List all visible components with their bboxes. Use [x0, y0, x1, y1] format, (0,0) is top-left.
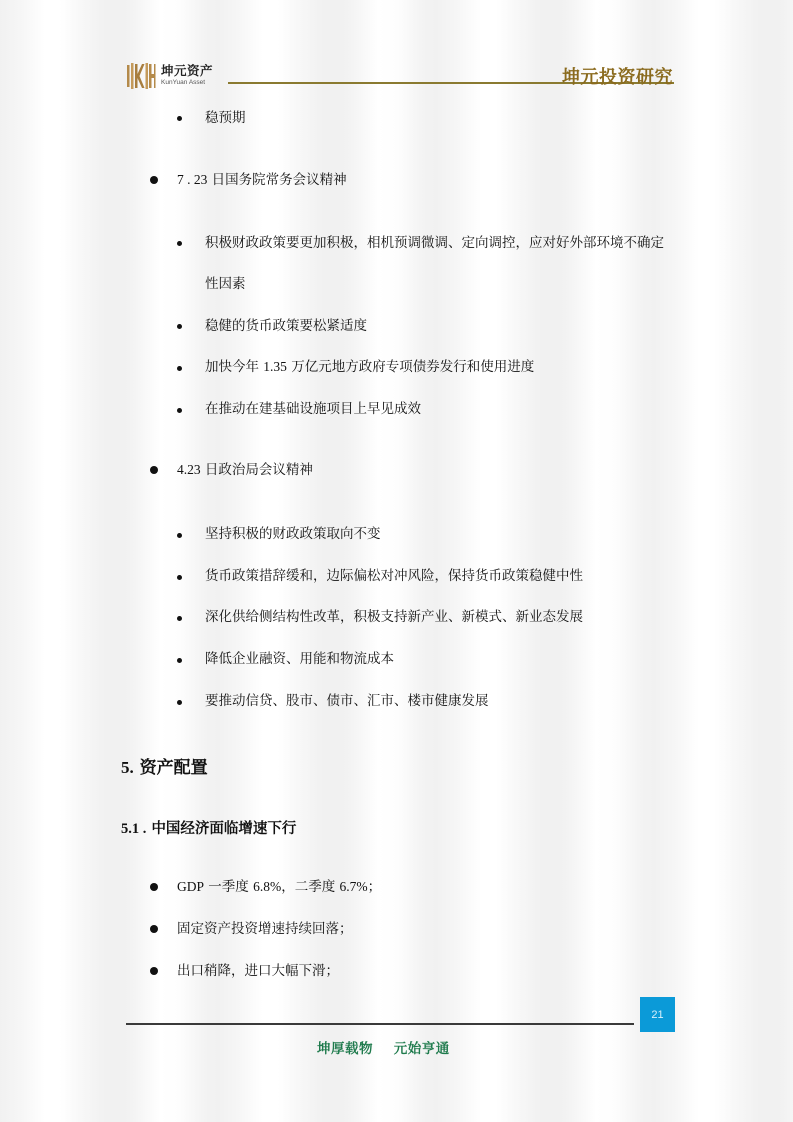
gdp-q2-value: 6.7%: [340, 879, 368, 894]
list-item: 出口稍降，进口大幅下滑；: [177, 963, 339, 979]
section-title-423: 4.23 日政治局会议精神: [177, 462, 313, 478]
bullet-icon: [177, 533, 182, 538]
logo-english-name: KunYuan Asset: [161, 78, 213, 87]
list-item: 要推动信贷、股市、债市、汇市、楼市健康发展: [205, 693, 489, 709]
list-item: 稳健的货币政策要松紧适度: [205, 318, 367, 334]
bullet-icon: [150, 925, 158, 933]
list-item-gdp: GDP 一季度 6.8%，二季度 6.7%；: [177, 879, 381, 895]
bullet-icon: [177, 700, 182, 705]
amount: 1.35: [263, 359, 287, 374]
list-item: 积极财政政策要更加积极，相机预调微调、定向调控，应对好外部环境不确定: [205, 235, 664, 251]
section-title-text: 日国务院常务会议精神: [212, 172, 347, 188]
list-item: 降低企业融资、用能和物流成本: [205, 651, 394, 667]
section-date: 4.23: [177, 462, 201, 477]
section-title-723: 7 . 23 日国务院常务会议精神: [177, 172, 347, 188]
list-item: 深化供给侧结构性改革，积极支持新产业、新模式、新业态发展: [205, 609, 583, 625]
list-item-continuation: 性因素: [205, 276, 246, 292]
bullet-icon: [177, 616, 182, 621]
bullet-icon: [150, 466, 158, 474]
kunyuan-logo-icon: [126, 61, 156, 91]
heading-number: 5.1 .: [121, 821, 146, 837]
text: 一季度: [204, 879, 253, 895]
list-item: 坚持积极的财政政策取向不变: [205, 526, 381, 542]
text: 万亿元地方政府专项债券发行和使用进度: [287, 359, 534, 375]
heading-asset-allocation: 5. 资产配置: [121, 753, 208, 778]
bullet-icon: [150, 176, 158, 184]
bullet-icon: [177, 116, 182, 121]
bullet-icon: [177, 324, 182, 329]
text-gdp: GDP: [177, 879, 204, 894]
bullet-icon: [177, 366, 182, 371]
text: ；: [368, 879, 382, 895]
footer-motto: 坤厚载物 元始亨通: [317, 1037, 450, 1057]
bullet-icon: [150, 883, 158, 891]
list-item: 稳预期: [205, 110, 246, 126]
list-item: 固定资产投资增速持续回落；: [177, 921, 353, 937]
subheading-china-economy: 5.1 . 中国经济面临增速下行: [121, 817, 296, 838]
logo-chinese-name: 坤元资产: [161, 64, 213, 78]
bullet-icon: [177, 575, 182, 580]
bullet-icon: [150, 967, 158, 975]
text: ，二季度: [281, 879, 339, 895]
list-item: 货币政策措辞缓和，边际偏松对冲风险，保持货币政策稳健中性: [205, 568, 583, 584]
logo-text: 坤元资产 KunYuan Asset: [161, 64, 213, 87]
footer-divider: [126, 1023, 634, 1025]
header-title: 坤元投资研究: [562, 63, 673, 89]
bullet-icon: [177, 408, 182, 413]
section-title-text: 日政治局会议精神: [205, 462, 313, 478]
gdp-q1-value: 6.8%: [253, 879, 281, 894]
bullet-icon: [177, 241, 182, 246]
section-date: 7 . 23: [177, 172, 207, 187]
document-page: 坤元资产 KunYuan Asset 坤元投资研究 稳预期 7 . 23 日国务…: [0, 0, 793, 1122]
page-number-badge: 21: [640, 997, 675, 1032]
heading-text: 中国经济面临增速下行: [151, 821, 296, 837]
heading-text: 资产配置: [140, 758, 208, 778]
list-item: 加快今年 1.35 万亿元地方政府专项债券发行和使用进度: [205, 359, 534, 375]
bullet-icon: [177, 658, 182, 663]
list-item: 在推动在建基础设施项目上早见成效: [205, 401, 421, 417]
heading-number: 5.: [121, 758, 134, 777]
text: 加快今年: [205, 359, 259, 375]
